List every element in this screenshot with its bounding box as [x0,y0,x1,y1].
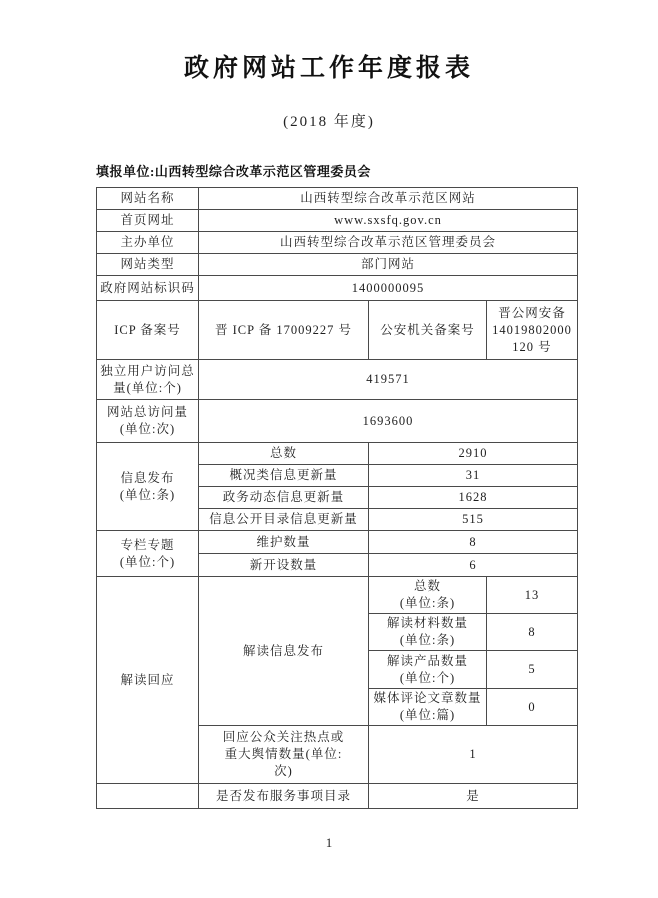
page-title: 政府网站工作年度报表 [0,52,658,84]
info-publish-catalog-value: 515 [369,509,578,531]
site-code-value: 1400000095 [199,276,578,301]
interp-media-value: 0 [487,689,578,726]
total-visits-value: 1693600 [199,400,578,443]
service-directory-value: 是 [369,784,578,809]
site-name-value: 山西转型综合改革示范区网站 [199,188,578,210]
hotspot-response-value: 1 [369,726,578,784]
special-topics-maintained-value: 8 [369,531,578,554]
annual-report-table: 网站名称 山西转型综合改革示范区网站 首页网址 www.sxsfq.gov.cn… [96,187,578,809]
interp-materials-value: 8 [487,614,578,651]
interp-total-label: 总数 (单位:条) [369,577,487,614]
info-publish-news-value: 1628 [369,487,578,509]
site-type-value: 部门网站 [199,254,578,276]
interp-total-value: 13 [487,577,578,614]
info-publish-catalog-label: 信息公开目录信息更新量 [199,509,369,531]
row-special-topics-maintained: 专栏专题 (单位:个) 维护数量 8 [97,531,578,554]
row-site-name: 网站名称 山西转型综合改革示范区网站 [97,188,578,210]
total-visits-label: 网站总访问量 (单位:次) [97,400,199,443]
special-topics-new-label: 新开设数量 [199,554,369,577]
info-publish-total-value: 2910 [369,443,578,465]
row-unique-visitors: 独立用户访问总 量(单位:个) 419571 [97,360,578,400]
interpretation-group-label: 解读回应 [97,577,199,784]
info-publish-total-label: 总数 [199,443,369,465]
interp-products-label: 解读产品数量 (单位:个) [369,651,487,689]
page-number: 1 [0,835,658,851]
info-publish-news-label: 政务动态信息更新量 [199,487,369,509]
row-service-directory: 是否发布服务事项目录 是 [97,784,578,809]
row-home-url: 首页网址 www.sxsfq.gov.cn [97,210,578,232]
site-type-label: 网站类型 [97,254,199,276]
reporting-unit-line: 填报单位:山西转型综合改革示范区管理委员会 [96,164,658,180]
info-publish-overview-value: 31 [369,465,578,487]
info-publish-overview-label: 概况类信息更新量 [199,465,369,487]
info-publish-group-label: 信息发布 (单位:条) [97,443,199,531]
service-directory-label: 是否发布服务事项目录 [199,784,369,809]
row-icp: ICP 备案号 晋 ICP 备 17009227 号 公安机关备案号 晋公网安备… [97,301,578,360]
hotspot-response-label: 回应公众关注热点或 重大舆情数量(单位: 次) [199,726,369,784]
empty-cell [97,784,199,809]
row-site-code: 政府网站标识码 1400000095 [97,276,578,301]
icp-value: 晋 ICP 备 17009227 号 [199,301,369,360]
interp-products-value: 5 [487,651,578,689]
row-site-type: 网站类型 部门网站 [97,254,578,276]
site-name-label: 网站名称 [97,188,199,210]
police-filing-value: 晋公网安备 14019802000 120 号 [487,301,578,360]
home-url-value: www.sxsfq.gov.cn [199,210,578,232]
interp-media-label: 媒体评论文章数量 (单位:篇) [369,689,487,726]
sponsor-unit-value: 山西转型综合改革示范区管理委员会 [199,232,578,254]
police-filing-label: 公安机关备案号 [369,301,487,360]
unique-visitors-value: 419571 [199,360,578,400]
row-info-publish-total: 信息发布 (单位:条) 总数 2910 [97,443,578,465]
icp-label: ICP 备案号 [97,301,199,360]
interpretation-publish-label: 解读信息发布 [199,577,369,726]
home-url-label: 首页网址 [97,210,199,232]
row-sponsor-unit: 主办单位 山西转型综合改革示范区管理委员会 [97,232,578,254]
site-code-label: 政府网站标识码 [97,276,199,301]
unique-visitors-label: 独立用户访问总 量(单位:个) [97,360,199,400]
row-interp-total: 解读回应 解读信息发布 总数 (单位:条) 13 [97,577,578,614]
special-topics-maintained-label: 维护数量 [199,531,369,554]
special-topics-new-value: 6 [369,554,578,577]
row-total-visits: 网站总访问量 (单位:次) 1693600 [97,400,578,443]
sponsor-unit-label: 主办单位 [97,232,199,254]
interp-materials-label: 解读材料数量 (单位:条) [369,614,487,651]
special-topics-group-label: 专栏专题 (单位:个) [97,531,199,577]
page-subtitle: (2018 年度) [0,112,658,132]
